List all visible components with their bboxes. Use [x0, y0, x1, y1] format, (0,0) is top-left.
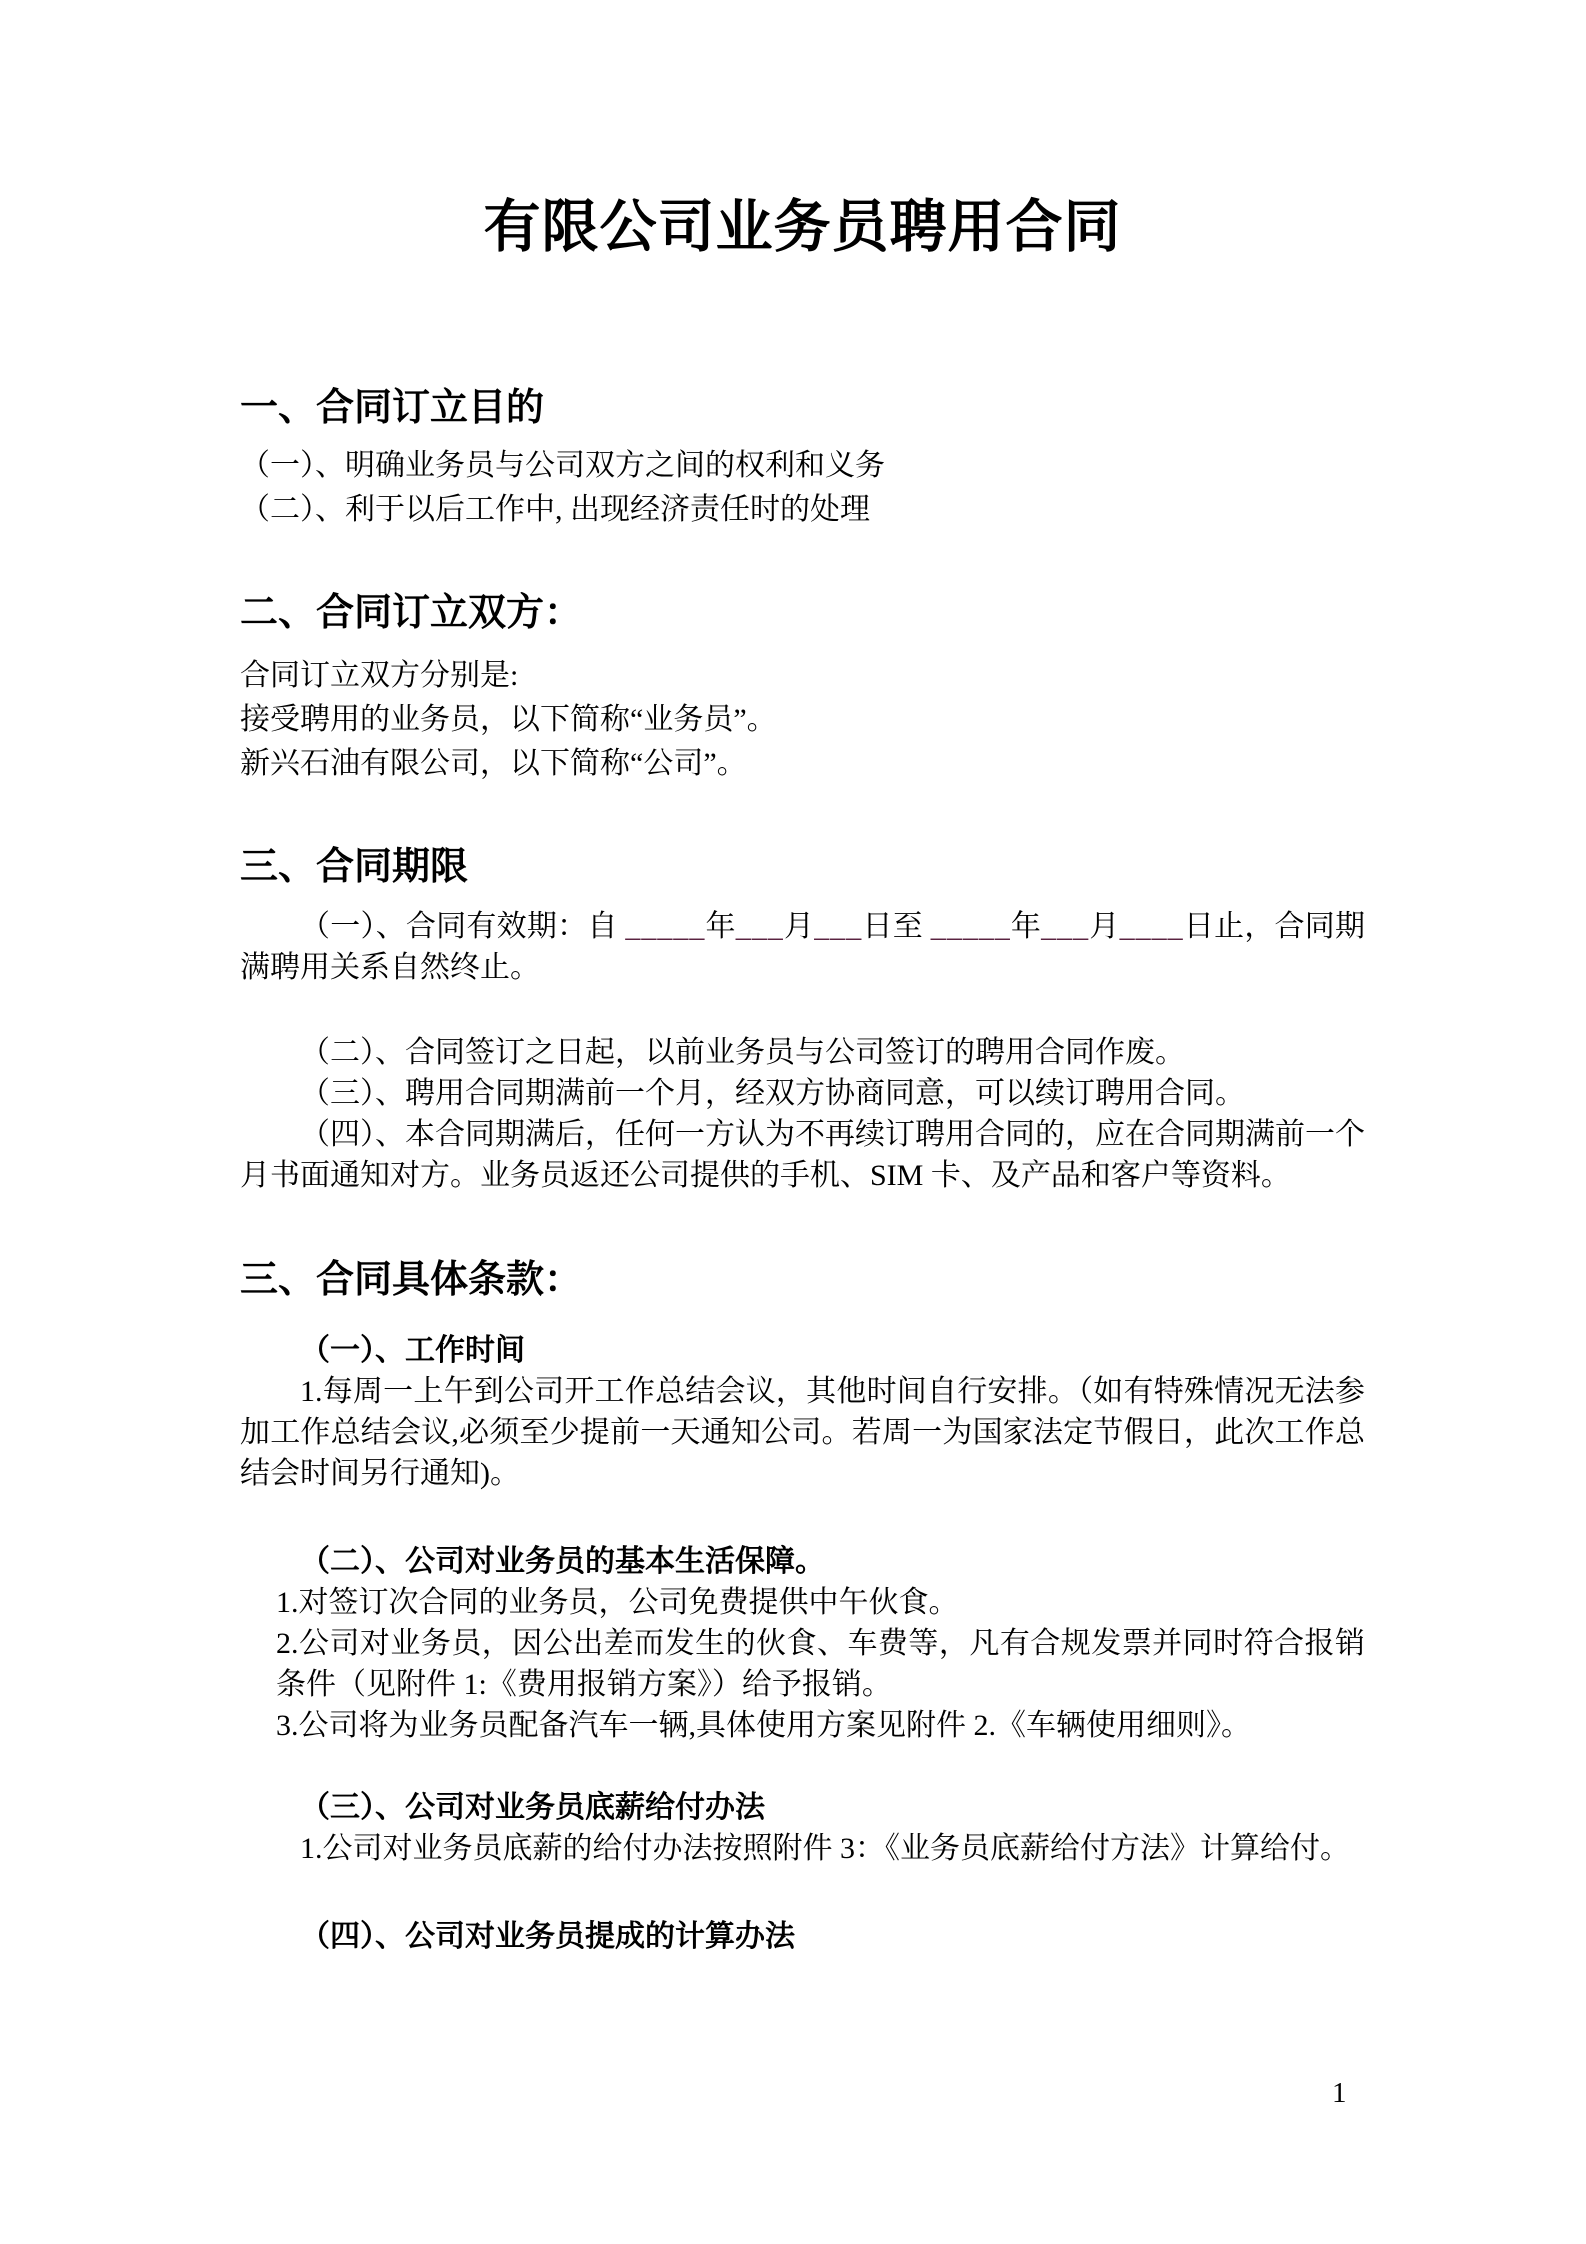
term-text-pre: （一）、合同有效期：自: [300, 910, 625, 943]
section-1-clause-2: （二）、利于以后工作中, 出现经济责任时的处理: [240, 488, 1365, 532]
fill-in-blank-start-day: ___: [814, 910, 862, 943]
section-1-clause-1: （一）、明确业务员与公司双方之间的权利和义务: [240, 444, 1365, 488]
term-text-year: 年: [705, 910, 735, 943]
term-text-month: 月: [784, 910, 814, 943]
subsection-2-heading: （二）、公司对业务员的基本生活保障。: [240, 1541, 1365, 1582]
fill-in-blank-end-day: ____: [1120, 910, 1184, 943]
subsection-1-heading: （一）、工作时间: [240, 1330, 1365, 1371]
subsection-1-item-1: 1.每周一上午到公司开工作总结会议，其他时间自行安排。（如有特殊情况无法参加工作…: [240, 1371, 1365, 1494]
subsection-2-item-2: 2.公司对业务员，因公出差而发生的伙食、车费等，凡有合规发票并同时符合报销条件（…: [240, 1623, 1365, 1705]
subsection-3-item-1: 1.公司对业务员底薪的给付办法按照附件 3：《业务员底薪给付方法》计算给付。: [240, 1828, 1365, 1869]
section-3-heading: 三、合同期限: [240, 843, 1365, 891]
fill-in-blank-end-year: _____: [931, 910, 1011, 943]
subsection-4-heading: （四）、公司对业务员提成的计算办法: [240, 1916, 1365, 1957]
term-text-year-2: 年: [1011, 910, 1041, 943]
subsection-3-heading: （三）、公司对业务员底薪给付办法: [240, 1787, 1365, 1828]
section-3-clause-2: （二）、合同签订之日起，以前业务员与公司签订的聘用合同作废。: [240, 1032, 1365, 1073]
fill-in-blank-start-month: ___: [736, 910, 784, 943]
section-3-clause-4: （四）、本合同期满后，任何一方认为不再续订聘用合同的，应在合同期满前一个月书面通…: [240, 1114, 1365, 1196]
section-3-clause-3: （三）、聘用合同期满前一个月，经双方协商同意，可以续订聘用合同。: [240, 1073, 1365, 1114]
contract-page: 有限公司业务员聘用合同 一、合同订立目的 （一）、明确业务员与公司双方之间的权利…: [0, 0, 1586, 2244]
subsection-2-item-3: 3.公司将为业务员配备汽车一辆,具体使用方案见附件 2.《车辆使用细则》。: [240, 1705, 1365, 1746]
section-4-heading: 三、合同具体条款：: [240, 1256, 1365, 1304]
fill-in-blank-start-year: _____: [625, 910, 705, 943]
section-2-line-3: 新兴石油有限公司，以下简称“公司”。: [240, 742, 1365, 786]
document-title: 有限公司业务员聘用合同: [240, 196, 1365, 260]
term-text-month-2: 月: [1089, 910, 1119, 943]
section-2-line-1: 合同订立双方分别是:: [240, 654, 1365, 698]
contract-term-paragraph: （一）、合同有效期：自 _____年___月___日至 _____年___月__…: [240, 906, 1365, 988]
section-1-heading: 一、合同订立目的: [240, 384, 1365, 432]
term-text-day-to: 日至: [862, 910, 930, 943]
document-body: 有限公司业务员聘用合同 一、合同订立目的 （一）、明确业务员与公司双方之间的权利…: [0, 0, 1586, 1957]
fill-in-blank-end-month: ___: [1041, 910, 1089, 943]
page-number: 1: [1332, 2076, 1347, 2110]
section-2-heading: 二、合同订立双方：: [240, 589, 1365, 637]
section-2-line-2: 接受聘用的业务员，以下简称“业务员”。: [240, 698, 1365, 742]
subsection-2-item-1: 1.对签订次合同的业务员，公司免费提供中午伙食。: [240, 1582, 1365, 1623]
